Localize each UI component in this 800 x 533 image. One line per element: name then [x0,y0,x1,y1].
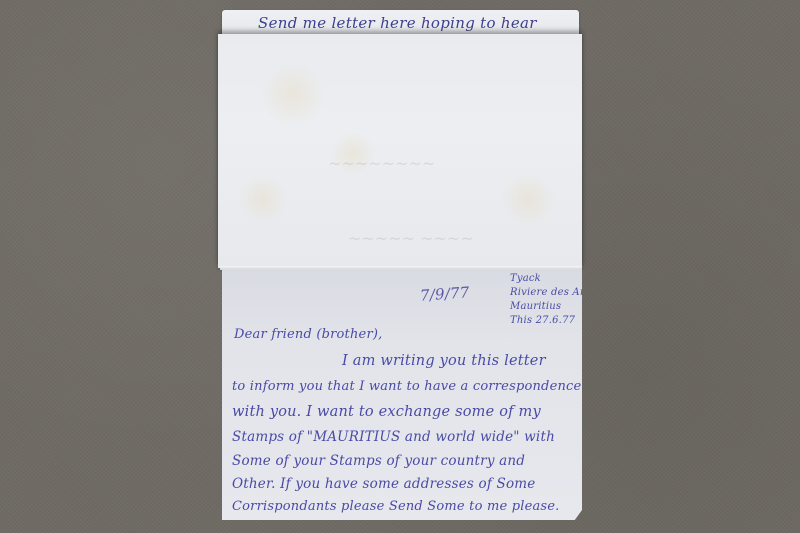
paper-stain [498,174,558,224]
address-line: This 27.6.77 [510,314,575,328]
paper-stain [258,64,328,124]
letter-date: 7/9/77 [419,283,470,304]
address-line: Mauritius [510,300,561,314]
body-line: Corrispondants please Send Some to me pl… [232,499,560,514]
photo-scene: Send me letter here hoping to hear ~~~~~… [0,0,800,533]
letter-lower-half: 7/9/77 Tyack Riviere des Anguilles Mauri… [222,269,582,520]
body-line: to inform you that I want to have a corr… [232,379,581,394]
show-through-ink: ~~~~~~~~ [328,154,435,173]
top-strip-handwriting: Send me letter here hoping to hear [258,14,537,32]
body-line: Other. If you have some addresses of Som… [232,476,536,492]
body-line: with you. I want to exchange some of my [232,404,541,420]
show-through-ink: ~~~~~ ~~~~ [348,229,474,248]
address-line: Tyack [510,272,541,286]
body-line: Some of your Stamps of your country and [232,453,525,469]
body-line: Stamps of "MAURITIUS and world wide" wit… [232,429,555,445]
body-line: I am writing you this letter [342,353,546,369]
salutation: Dear friend (brother), [234,327,382,342]
paper-stain [238,174,288,224]
letter-upper-half-blank: ~~~~~~~~ ~~~~~ ~~~~ [218,34,582,268]
address-line: Riviere des Anguilles [510,286,621,300]
